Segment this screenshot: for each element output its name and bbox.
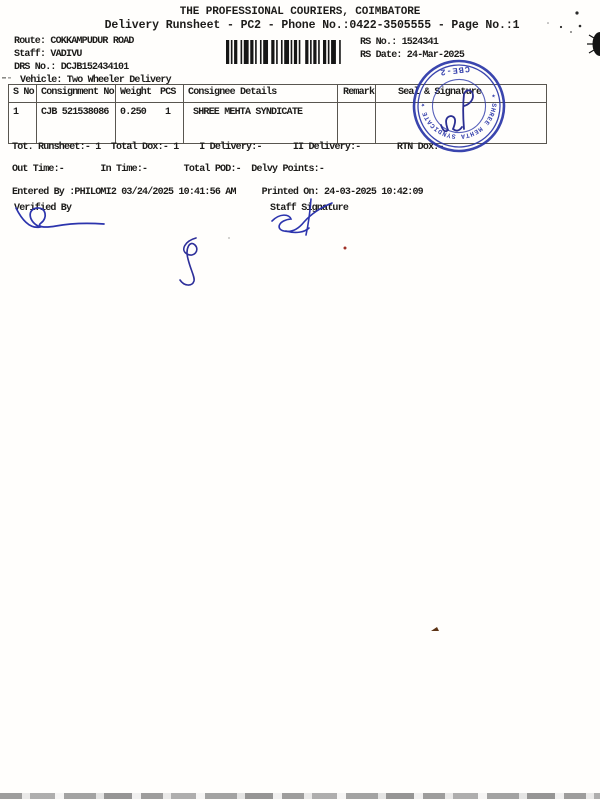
row-consignee: SHREE MEHTA SYNDICATE xyxy=(184,103,338,143)
stamp-bottom-text: CBE-2 xyxy=(439,63,471,77)
barcode-icon xyxy=(226,40,346,65)
row-consignment-no: CJB 521538086 xyxy=(37,103,116,143)
ink-blot-artifact xyxy=(587,32,600,56)
row-weight: 0.250 xyxy=(116,103,156,143)
stray-pen-squiggle-ink xyxy=(180,238,197,285)
row-remarks xyxy=(338,103,376,143)
rubber-stamp-seal: ★ SHREE MEHTA SYNDICATE ★ CBE-2 xyxy=(407,56,517,160)
entered-printed-line: Entered By :PHILOMI2 03/24/2025 10:41:56… xyxy=(12,187,423,198)
scanned-delivery-runsheet: THE PROFESSIONAL COURIERS, COIMBATORE De… xyxy=(0,0,600,800)
col-header-remarks: Remarks xyxy=(338,85,376,103)
row-pcs: 1 xyxy=(156,103,184,143)
drs-no-line: DRS No.: DCJB152434101 xyxy=(14,62,128,73)
staff-line: Staff: VADIVU xyxy=(14,49,82,60)
vehicle-line: Vehicle: Two Wheeler Delivery xyxy=(20,75,171,86)
col-header-sno: S No xyxy=(9,85,37,103)
faint-speck xyxy=(228,237,230,239)
row-sno: 1 xyxy=(9,103,37,143)
totals-line: Tot. Runsheet:- 1 Total Dox:- 1 I Delive… xyxy=(12,142,444,153)
times-line: Out Time:- In Time:- Total POD:- Delvy P… xyxy=(12,164,324,175)
red-ink-dot xyxy=(344,247,347,250)
scan-edge-band xyxy=(0,793,600,799)
brown-speck xyxy=(431,627,439,631)
col-header-consignee: Consignee Details xyxy=(184,85,338,103)
col-header-pcs: PCS xyxy=(156,85,184,103)
route-line: Route: COKKAMPUDUR ROAD xyxy=(14,36,134,47)
col-header-consignment-no: Consignment No xyxy=(37,85,116,103)
margin-dash-marks xyxy=(2,77,11,79)
col-header-weight: Weight xyxy=(116,85,156,103)
company-title: THE PROFESSIONAL COURIERS, COIMBATORE xyxy=(0,6,600,18)
barcode xyxy=(226,40,346,70)
runsheet-subtitle: Delivery Runsheet - PC2 - Phone No.:0422… xyxy=(12,19,600,32)
verified-by-label: Verified By xyxy=(14,203,71,214)
staff-signature-label: Staff Signature xyxy=(270,203,348,214)
rs-no-line: RS No.: 1524341 xyxy=(360,37,438,48)
